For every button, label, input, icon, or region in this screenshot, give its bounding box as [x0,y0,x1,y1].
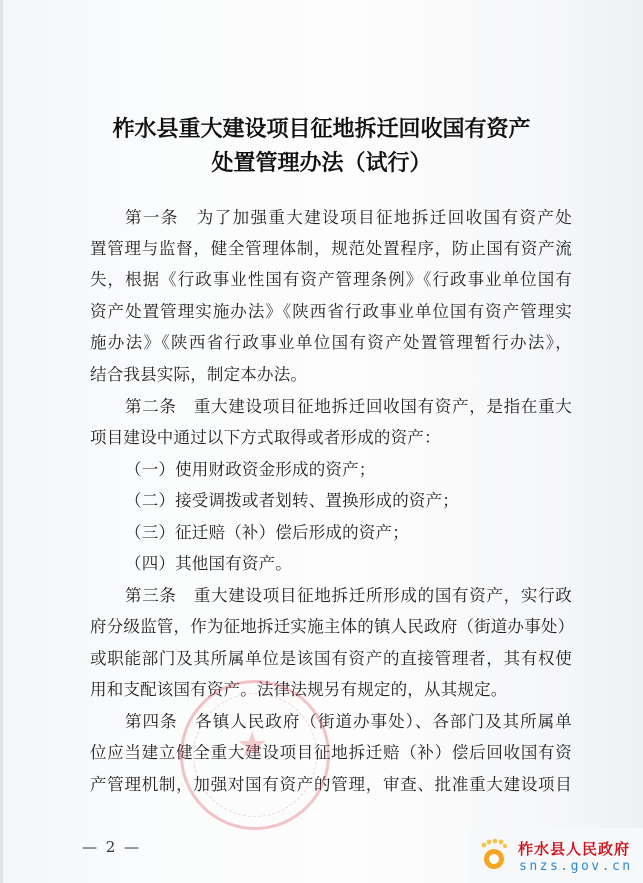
document-title-line-2: 处置管理办法（试行） [0,146,643,177]
page-number: — 2 — [82,838,141,856]
article-3-line-4: 用和支配该国有资产。法律法规另有规定的，从其规定。 [90,679,572,701]
article-2-line-1: 第二条 重大建设项目征地拆迁回收国有资产，是指在重大 [125,396,572,418]
site-name: 柞水县人民政府 [518,838,630,859]
article-1-line-4: 资产处置管理实施办法》《陕西省行政事业单位国有资产管理实 [90,301,572,323]
article-3-line-3: 或职能部门及其所属单位是该国有资产的直接管理者，其有权使 [90,648,572,670]
article-1-line-1: 第一条 为了加强重大建设项目征地拆迁回收国有资产处 [125,207,572,229]
article-2-item-1: （一）使用财政资金形成的资产； [125,459,376,481]
article-1-line-5: 施办法》《陕西省行政事业单位国有资产处置管理暂行办法》， [90,332,572,354]
article-2-item-4: （四）其他国有资产。 [125,553,292,575]
seal-star-icon: ★ [236,728,268,764]
article-4-line-2: 位应当建立健全重大建设项目征地拆迁赔（补）偿后回收国有资 [90,742,572,764]
sun-logo-icon [476,836,512,872]
article-4-line-3: 产管理机制，加强对国有资产的管理，审查、批准重大建设项目 [90,774,572,796]
article-2-item-3: （三）征迁赔（补）偿后形成的资产； [125,522,409,544]
article-2-item-2: （二）接受调拨或者划转、置换形成的资产； [125,490,459,512]
document-title-line-1: 柞水县重大建设项目征地拆迁回收国有资产 [0,112,643,143]
article-1-line-6: 结合我县实际，制定本办法。 [90,364,572,386]
article-1-line-3: 失，根据《行政事业性国有资产管理条例》《行政事业单位国有 [90,269,572,291]
article-2-line-2: 项目建设中通过以下方式取得或者形成的资产： [90,427,572,449]
article-1-line-2: 置管理与监督，健全管理体制，规范处置程序，防止国有资产流 [90,238,572,260]
article-3-line-2: 府分级监管，作为征地拆迁实施主体的镇人民政府（街道办事处） [90,616,572,638]
article-3-line-1: 第三条 重大建设项目征地拆迁所形成的国有资产，实行政 [125,585,572,607]
site-url: snzs.gov.cn [519,859,633,874]
